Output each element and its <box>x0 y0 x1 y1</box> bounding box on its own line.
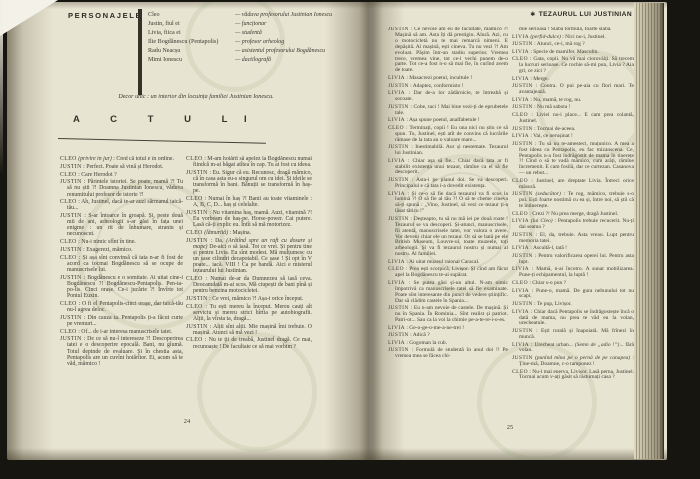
character-name: Ilie Bogdănescu (Pentapolis) <box>148 39 235 46</box>
dialogue-line: LIVIA : Ai uitat muzeul raional Caracal. <box>388 260 508 266</box>
dialogue-line: CLEO : Nu-l mai enerva, Livișor. Lasă pe… <box>512 370 634 382</box>
dialogue-line: LIVIA : Urecheat urban... (Semn de „adio… <box>512 343 634 355</box>
act-title-numeral: I <box>244 117 247 123</box>
dialogue-line: CLEO : Justinel, are dreptate Livia. Înt… <box>512 179 634 191</box>
dialogue-line: JUSTIN : Eu. Sigur că eu. Recunosc, drag… <box>186 170 312 194</box>
dialogue-line: JUSTIN : Părintele istoriei. Se poate, m… <box>60 179 183 197</box>
page-edge-stack <box>634 3 664 459</box>
left-page: PERSONAJELE Cleo— văduva profesorului Ju… <box>58 6 334 452</box>
dialogue-line: CLEO : Nu-i nimic sfînt în tine. <box>60 239 183 245</box>
dialogue-line: JUSTIN : Te pup, Livișor. <box>512 302 634 308</box>
dialogue-line: JUSTIN : Ce vrei, mămico ?! Așa-i orice … <box>186 296 312 302</box>
dialogue-line: JUSTIN : Alții sînt alții. Mie mașină îm… <box>186 324 312 336</box>
dialogue-line: JUSTIN : Atunci, ce-i, mă rog ? <box>512 42 634 48</box>
dialogue-line: JUSTIN : Da. (Arătînd spre un raft cu do… <box>186 238 312 275</box>
character-name: Radu Neacșu <box>148 48 235 55</box>
dialogue-line: JUSTIN : S-ar întoarce în groapă. Și, pe… <box>60 213 183 237</box>
character-name: Mimi Ionescu <box>148 57 235 64</box>
dialogue-line: LIVIA (perfid-dulce) : Nici nu-i, Justin… <box>512 35 634 41</box>
dialogue-line: LIVIA : Masacrezi poetul, incultule ! <box>388 76 508 82</box>
dialogue-line: JUSTIN : Adaptez, conformisto ! <box>388 84 508 90</box>
dialogue-line: CLEO : Care Herodot ? <box>60 172 183 178</box>
act-title-text: A C T U L <box>73 114 241 125</box>
right-page-column-2: mie serioasă ! Slabă formulă, foarte sla… <box>512 27 634 425</box>
running-header: ✱TEZAURUL LUI JUSTINIAN <box>386 12 632 18</box>
dialogue-line: JUSTIN : Pentru valorificarea operei lui… <box>512 254 634 266</box>
dialogue-line: LIVIA : Merge. <box>512 77 634 83</box>
book-photo: PERSONAJELE Cleo— văduva profesorului Ju… <box>0 0 700 479</box>
act-title-underline <box>58 138 266 144</box>
dialogue-line: CLEO : Tu ești mereu la început. Mereu c… <box>186 304 312 322</box>
character-role: — dactilografă <box>235 57 334 64</box>
dialogue-line: LIVIA : Nu, mamă, te rog, nu. <box>512 98 634 104</box>
dialogue-line: CLEO : Liviei nu-i place... E cam prea c… <box>512 113 634 125</box>
character-row: Ilie Bogdănescu (Pentapolis)— profesor a… <box>148 39 334 46</box>
photo-edge-strip <box>0 0 3 175</box>
character-role: — văduva profesorului Justinian Ionescu <box>235 12 334 19</box>
dialogue-line: LIVIA : Chiar așa să fie... Chiar dacă t… <box>388 159 508 177</box>
dialogue-line: JUSTIN : Asta-i pe planul doi. Se va des… <box>388 178 508 190</box>
dialogue-line: LIVIA : Așa spune poetul, analfabetule ! <box>388 118 508 124</box>
character-name: Cleo <box>148 12 235 19</box>
dialogue-line: CLEO : Numai de-ar da Dumnezeu să iasă c… <box>186 276 312 294</box>
vertical-rule <box>138 9 142 95</box>
dialogue-line: CLEO : M-am hotărît să apelez la Bogdăne… <box>186 156 312 168</box>
dialogue-line: LIVIA : Mamă, n-ai încotro. A sunat mobi… <box>512 267 634 279</box>
dialogue-line: LIVIA : Dar de-a lor zădărnicie, te într… <box>388 91 508 103</box>
dialogue-line: JUSTIN : Deșteapto, tu să nu mă iei pe d… <box>388 217 508 258</box>
dialogue-line: LIVIA : Pune-o, mamă. De gura nebunului … <box>512 289 634 301</box>
character-name: Justin, fiul ei <box>148 21 235 28</box>
page-number-left: 24 <box>58 419 316 425</box>
dialogue-line: CLEO : Of... de i-ar interesa manuscrise… <box>60 329 183 335</box>
dialogue-line: JUSTIN : Inestimabilă. Aur și nestemate.… <box>388 145 508 157</box>
dialogue-line: JUSTIN : Contra. O pui pe-aia cu flori m… <box>512 84 634 96</box>
dialogue-line: JUSTIN : Nu mă sabota ! <box>512 105 634 111</box>
character-row: Livia, fiica ei— studentă <box>148 30 334 37</box>
dialogue-line: LIVIA : Și ce-o să fie dacă tezaurul va … <box>388 192 508 216</box>
dialogue-line: CLEO (lămurită) : Mașina. <box>186 230 312 236</box>
dialogue-line: JUSTIN : Adică ? <box>388 333 508 339</box>
asterisk-bullet-icon: ✱ <box>530 11 535 18</box>
dialogue-line: LIVIA : Vai, ce nerușinat ! <box>512 134 634 140</box>
dialogue-line: LIVIA : Gogoman la cub. <box>388 341 508 347</box>
dialogue-line: CLEO : Chiar s-o pun ? <box>512 281 634 287</box>
act-title: A C T U L I <box>73 117 303 131</box>
dialogue-line: JUSTIN : Ce nevoie am eu de facultate, m… <box>388 27 508 74</box>
dialogue-line: CLEO : Numai în haș ?! Banii au toate vi… <box>186 196 312 208</box>
dialogue-line: CLEO : Nu te ții de treabă, Justinel dra… <box>186 337 312 349</box>
dialogue-line: CLEO : Și așa sînt convinsă că tata n-ar… <box>60 255 183 273</box>
decor-note: Decor unic : un interior din locuința fa… <box>58 94 334 100</box>
dialogue-line: JUSTIN : Formulă de studentă în anul doi… <box>388 348 508 360</box>
dialogue-line: JUSTIN (punînd mîna pe o pernă de pe can… <box>512 356 634 368</box>
dialogue-line: LIVIA : Ge-o-ge-o-me-a-ne-trei ! <box>388 326 508 332</box>
dialogue-line: LIVIA : Specie de mamifer. Masculin. <box>512 50 634 56</box>
character-row: Mimi Ionescu— dactilografă <box>148 57 334 64</box>
dialogue-line: JUSTIN : Tocmai de-aceea. <box>512 127 634 133</box>
dialogue-line: JUSTIN : Ești rurală și înapoiată. Mă fr… <box>512 329 634 341</box>
dialogue-line: JUSTIN (seducător) : Te rog, mămico, tre… <box>512 192 634 210</box>
dialogue-line: JUSTIN : Eu n-am nevoie de castele. De m… <box>388 306 508 324</box>
dialogue-line: CLEO : Gata, copii. Nu vă mai ciorovăiți… <box>512 57 634 75</box>
characters-header: PERSONAJELE <box>68 13 142 19</box>
left-page-column-2: CLEO : M-am hotărît să apelez la Bogdăne… <box>186 156 312 414</box>
dialogue-line: JUSTIN : El, da, trebuie. Asta vreau. Lu… <box>512 233 634 245</box>
dialogue-line: LIVIA : Chiar dacă Pentapolis se îndrăgo… <box>512 310 634 328</box>
dialogue-line: JUSTIN : Perfect. Poate să vină și Herod… <box>60 164 183 170</box>
right-page-column-1: JUSTIN : Ce nevoie am eu de facultate, m… <box>388 27 508 413</box>
character-row: Radu Neacșu— asistentul profesorului Bog… <box>148 48 334 55</box>
character-row: Justin, fiul ei— funcționar <box>148 21 334 28</box>
dialogue-line: CLEO : Ah, Justinel, dacă te-ar auzi săr… <box>60 199 183 211</box>
dialogue-line: LIVIA (lui Cleo) : Pentapolis trebuie re… <box>512 219 634 231</box>
dialogue-line: CLEO : Terminați, copii ! Eu una nici nu… <box>388 126 508 144</box>
page-number-right: 25 <box>386 425 634 431</box>
character-role: — asistentul profesorului Bogdănescu <box>235 48 334 55</box>
dialogue-line: JUSTIN : De ce să nu-l intereseze ?! Des… <box>60 336 183 366</box>
dialogue-line: JUSTIN : Cobe, taci ! Mai bine vezi-ți d… <box>388 105 508 117</box>
character-name: Livia, fiica ei <box>148 30 235 37</box>
dialogue-line: JUSTIN : Din cauza ta. Pentapolis ți-a f… <box>60 315 183 327</box>
left-page-column-1: CLEO (privire în jur) : Cred că totul e … <box>60 156 183 410</box>
character-role: — studentă <box>235 30 334 37</box>
dialogue-line: CLEO : Crezi ?! Nu prea merge, dragă Jus… <box>512 212 634 218</box>
character-row: Cleo— văduva profesorului Justinian Ione… <box>148 12 334 19</box>
running-header-title: TEZAURUL LUI JUSTINIAN <box>539 11 632 18</box>
dialogue-line: LIVIA : Ascultă-l, tată ! <box>512 246 634 252</box>
character-role: — funcționar <box>235 21 334 28</box>
character-role: — profesor arheolog <box>235 39 334 46</box>
dialogue-line: mie serioasă ! Slabă formulă, foarte sla… <box>512 27 634 33</box>
dialogue-line: JUSTIN : Bogdănescu e o somitate. Ai uit… <box>60 275 183 299</box>
dialogue-line: JUSTIN : Nu vitamina haș, mamă. Auzi, vi… <box>186 210 312 228</box>
dialogue-line: CLEO : Prea ești scorpică, Livișor. Și c… <box>388 267 508 279</box>
dialogue-line: CLEO : O fi el Pentapolis-cinci orașe, d… <box>60 301 183 313</box>
dialogue-line: LIVIA : Se putea găsi și-un altul. N-am … <box>388 281 508 305</box>
right-page: ✱TEZAURUL LUI JUSTINIAN JUSTIN : Ce nevo… <box>386 4 634 454</box>
characters-list: Cleo— văduva profesorului Justinian Ione… <box>148 12 334 66</box>
dialogue-line: CLEO (privire în jur) : Cred că totul e … <box>60 156 183 162</box>
dialogue-line: JUSTIN : Tu să nu te-amesteci, muțunico.… <box>512 142 634 177</box>
dialogue-line: JUSTIN : Exagerezi, mămico. <box>60 247 183 253</box>
